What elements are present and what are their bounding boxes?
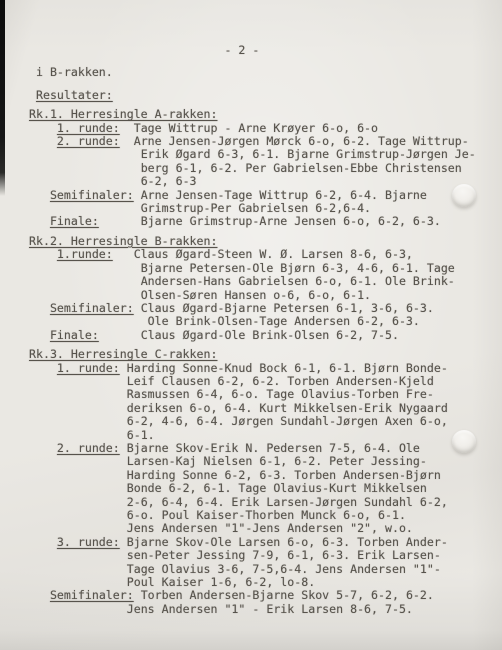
- round-label: Semifinaler:: [50, 188, 134, 202]
- round-result-line: Finale: Bjarne Grimstrup-Arne Jensen 6-o…: [29, 215, 502, 228]
- result-continuation-line: 2-6, 6-4, 6-4. Erik Larsen-Jørgen Sundah…: [29, 496, 502, 509]
- heading-label: Rk.1. Herresingle A-rakken:: [29, 107, 217, 121]
- round-label: 1. runde:: [57, 121, 120, 135]
- result-continuation-line: 6-o. Poul Kaiser-Thorben Munck 6-o, 6-1.: [29, 509, 502, 522]
- heading-label: Resultater:: [36, 88, 113, 102]
- section-heading: Rk.1. Herresingle A-rakken:: [29, 108, 502, 121]
- round-result-line: Semifinaler: Arne Jensen-Tage Wittrup 6-…: [29, 189, 502, 202]
- scanned-page: - 2 - i B-rakken. Resultater:Rk.1. Herre…: [0, 0, 502, 650]
- result-continuation-line: Jens Andersen "1" - Erik Larsen 8-6, 7-5…: [29, 603, 502, 616]
- result-continuation-line: 6-2, 4-6, 6-4. Jørgen Sundahl-Jørgen Axe…: [29, 415, 502, 428]
- result-continuation-line: sen-Peter Jessing 7-9, 6-1, 6-3. Erik La…: [29, 549, 502, 562]
- section-heading: Rk.3. Herresingle C-rakken:: [29, 348, 502, 361]
- result-continuation-line: Poul Kaiser 1-6, 6-2, lo-8.: [29, 576, 502, 589]
- round-label: 2. runde:: [57, 441, 120, 455]
- round-label: 1.runde:: [57, 247, 113, 261]
- round-label: Finale:: [50, 214, 99, 228]
- result-continuation-line: Bonde 6-2, 6-1. Tage Olavius-Kurt Mikkel…: [29, 482, 502, 495]
- result-continuation-line: Andersen-Hans Gabrielsen 6-o, 6-1. Ole B…: [29, 275, 502, 288]
- round-result-line: 1.runde: Claus Øgard-Steen W. Ø. Larsen …: [29, 248, 502, 261]
- round-result-line: Semifinaler: Torben Andersen-Bjarne Skov…: [29, 589, 502, 602]
- result-continuation-line: berg 6-1, 6-2. Per Gabrielsen-Ebbe Chris…: [29, 162, 502, 175]
- result-continuation-line: Bjarne Petersen-Ole Bjørn 6-3, 4-6, 6-1.…: [29, 262, 502, 275]
- result-continuation-line: Olsen-Søren Hansen o-6, 6-o, 6-1.: [29, 289, 502, 302]
- result-continuation-line: Larsen-Kaj Nielsen 6-1, 6-2. Peter Jessi…: [29, 455, 502, 468]
- result-continuation-line: Leif Clausen 6-2, 6-2. Torben Andersen-K…: [29, 375, 502, 388]
- round-label: 2. runde:: [57, 134, 120, 148]
- heading-label: Rk.3. Herresingle C-rakken:: [29, 347, 217, 361]
- heading-label: Rk.2. Herresingle B-rakken:: [29, 234, 217, 248]
- round-label: 3. runde:: [57, 535, 120, 549]
- result-continuation-line: Jens Andersen "1"-Jens Andersen "2", w.o…: [29, 522, 502, 535]
- result-continuation-line: Harding Sonne 6-2, 6-3. Torben Andersen-…: [29, 469, 502, 482]
- round-result-line: Semifinaler: Claus Øgard-Bjarne Petersen…: [29, 302, 502, 315]
- typewritten-text: - 2 - i B-rakken. Resultater:Rk.1. Herre…: [29, 44, 502, 616]
- round-result-line: 3. runde: Bjarne Skov-Ole Larsen 6-o, 6-…: [29, 536, 502, 549]
- section-heading: Resultater:: [29, 89, 502, 102]
- round-label: Semifinaler:: [50, 301, 134, 315]
- scan-edge-line: [0, 0, 5, 196]
- page-number: - 2 -: [29, 44, 502, 57]
- result-continuation-line: Tage Olavius 3-6, 7-5,6-4. Jens Andersen…: [29, 563, 502, 576]
- round-result-line: 1. runde: Tage Wittrup - Arne Krøyer 6-o…: [29, 122, 502, 135]
- result-continuation-line: 6-1.: [29, 429, 502, 442]
- intro-line: i B-rakken.: [29, 66, 502, 79]
- round-label: Semifinaler:: [50, 588, 134, 602]
- round-result-line: 2. runde: Bjarne Skov-Erik N. Pedersen 7…: [29, 442, 502, 455]
- result-continuation-line: Rasmussen 6-4, 6-o. Tage Olavius-Torben …: [29, 388, 502, 401]
- round-label: Finale:: [50, 328, 99, 342]
- result-continuation-line: 6-2, 6-3: [29, 175, 502, 188]
- result-continuation-line: Ole Brink-Olsen-Tage Andersen 6-2, 6-3.: [29, 315, 502, 328]
- result-continuation-line: deriksen 6-o, 6-4. Kurt Mikkelsen-Erik N…: [29, 402, 502, 415]
- round-label: 1. runde:: [57, 361, 120, 375]
- result-continuation-line: Erik Øgard 6-3, 6-1. Bjarne Grimstrup-Jø…: [29, 148, 502, 161]
- result-continuation-line: Grimstrup-Per Gabrielsen 6-2,6-4.: [29, 202, 502, 215]
- round-result-line: Finale: Claus Øgard-Ole Brink-Olsen 6-2,…: [29, 329, 502, 342]
- round-result-line: 1. runde: Harding Sonne-Knud Bock 6-1, 6…: [29, 362, 502, 375]
